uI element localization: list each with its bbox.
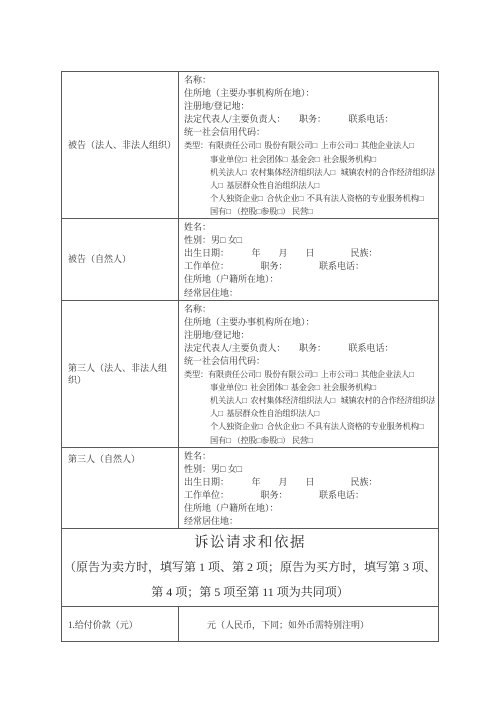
form-line-type-checkboxes: 类型：有限责任公司□ 股份有限公司□ 上市公司□ 其他企业法人□ <box>184 368 435 381</box>
form-line-employer: 工作单位： 职务： 联系电话： <box>184 260 435 273</box>
form-line-name: 姓名： <box>184 450 435 463</box>
claims-note-line-2: 第 4 项；第 5 项至第 11 项为共同项） <box>63 580 437 605</box>
form-line-habitual-residence: 经常居住地： <box>184 515 435 528</box>
form-line-name: 名称： <box>184 303 435 316</box>
row-content-third-party-natural-person: 姓名： 性别：男□ 女□ 出生日期： 年 月 日 民族： 工作单位： 职务： 联… <box>179 447 439 529</box>
form-line-employer: 工作单位： 职务： 联系电话： <box>184 489 435 502</box>
form-line-birthdate: 出生日期： 年 月 日 民族： <box>184 247 435 260</box>
form-line-representative: 法定代表人/主要负责人： 职务： 联系电话： <box>184 113 435 126</box>
form-line-credit-code: 统一社会信用代码： <box>184 126 435 139</box>
table-row-defendant-natural-person: 被告（自然人） 姓名： 性别：男□ 女□ 出生日期： 年 月 日 民族： 工作单… <box>62 219 439 301</box>
table-row-third-party-legal-person: 第三人（法人、非法人组织） 名称： 住所地（主要办事机构所在地）： 注册地/登记… <box>62 300 439 447</box>
row-label-defendant-natural-person: 被告（自然人） <box>62 219 179 301</box>
form-line-birthdate: 出生日期： 年 月 日 民族： <box>184 476 435 489</box>
scanned-complaint-form-page: 被告（法人、非法人组织） 名称： 住所地（主要办事机构所在地）： 注册地/登记地… <box>0 0 500 707</box>
row-label-defendant-legal-person: 被告（法人、非法人组织） <box>62 72 179 219</box>
table-row-item-payment-amount: 1.给付价款（元） 元（人民币，下同；如外币需特别注明） <box>62 607 439 642</box>
row-content-third-party-legal-person: 名称： 住所地（主要办事机构所在地）： 注册地/登记地： 法定代表人/主要负责人… <box>179 300 439 447</box>
form-line-address: 住所地（主要办事机构所在地）： <box>184 87 435 100</box>
form-line-ownership-checkboxes: 国有□ （控股□参股□） 民营□ <box>184 434 435 447</box>
form-line-registration: 注册地/登记地： <box>184 100 435 113</box>
claims-section-title: 诉讼请求和依据 <box>63 532 437 555</box>
row-label-third-party-natural-person: 第三人（自然人） <box>62 447 179 529</box>
form-line-gender-checkboxes: 性别：男□ 女□ <box>184 234 435 247</box>
complaint-form-table: 被告（法人、非法人组织） 名称： 住所地（主要办事机构所在地）： 注册地/登记地… <box>61 71 439 642</box>
form-line-name: 名称： <box>184 74 435 87</box>
item-payment-amount-label: 1.给付价款（元） <box>62 607 179 642</box>
table-row-third-party-natural-person: 第三人（自然人） 姓名： 性别：男□ 女□ 出生日期： 年 月 日 民族： 工作… <box>62 447 439 529</box>
form-line-name: 姓名： <box>184 221 435 234</box>
form-line-type-checkboxes: 个人独资企业□ 合伙企业□ 不具有法人资格的专业服务机构□ <box>184 420 435 433</box>
form-line-ownership-checkboxes: 国有□ （控股□参股□） 民营□ <box>184 205 435 218</box>
form-line-gender-checkboxes: 性别：男□ 女□ <box>184 463 435 476</box>
form-line-type-checkboxes: 事业单位□ 社会团体□ 基金会□ 社会服务机构□ <box>184 153 435 166</box>
form-line-credit-code: 统一社会信用代码： <box>184 355 435 368</box>
form-line-type-checkboxes: 事业单位□ 社会团体□ 基金会□ 社会服务机构□ <box>184 381 435 394</box>
item-payment-amount-value: 元（人民币，下同；如外币需特别注明） <box>179 607 439 642</box>
form-line-type-checkboxes: 类型：有限责任公司□ 股份有限公司□ 上市公司□ 其他企业法人□ <box>184 139 435 152</box>
table-row-claims-header: 诉讼请求和依据 （原告为卖方时，填写第 1 项、第 2 项；原告为买方时，填写第… <box>62 529 439 607</box>
row-content-defendant-legal-person: 名称： 住所地（主要办事机构所在地）： 注册地/登记地： 法定代表人/主要负责人… <box>179 72 439 219</box>
form-line-type-checkboxes: 个人独资企业□ 合伙企业□ 不具有法人资格的专业服务机构□ <box>184 192 435 205</box>
form-line-habitual-residence: 经常居住地： <box>184 287 435 300</box>
form-line-residence: 住所地（户籍所在地）： <box>184 273 435 286</box>
form-line-representative: 法定代表人/主要负责人： 职务： 联系电话： <box>184 342 435 355</box>
row-label-third-party-legal-person: 第三人（法人、非法人组织） <box>62 300 179 447</box>
claims-note-line-1: （原告为卖方时，填写第 1 项、第 2 项；原告为买方时，填写第 3 项、 <box>63 555 437 580</box>
form-line-residence: 住所地（户籍所在地）： <box>184 502 435 515</box>
form-line-type-checkboxes: 机关法人□ 农村集体经济组织法人□ 城镇农村的合作经济组织法 <box>184 394 435 407</box>
form-line-type-checkboxes: 人□ 基层群众性自治组织法人□ <box>184 407 435 420</box>
table-row-defendant-legal-person: 被告（法人、非法人组织） 名称： 住所地（主要办事机构所在地）： 注册地/登记地… <box>62 72 439 219</box>
claims-header-cell: 诉讼请求和依据 （原告为卖方时，填写第 1 项、第 2 项；原告为买方时，填写第… <box>62 529 439 607</box>
form-line-type-checkboxes: 机关法人□ 农村集体经济组织法人□ 城镇农村的合作经济组织法 <box>184 166 435 179</box>
form-line-type-checkboxes: 人□ 基层群众性自治组织法人□ <box>184 179 435 192</box>
form-line-registration: 注册地/登记地： <box>184 329 435 342</box>
row-content-defendant-natural-person: 姓名： 性别：男□ 女□ 出生日期： 年 月 日 民族： 工作单位： 职务： 联… <box>179 219 439 301</box>
form-line-address: 住所地（主要办事机构所在地）： <box>184 316 435 329</box>
